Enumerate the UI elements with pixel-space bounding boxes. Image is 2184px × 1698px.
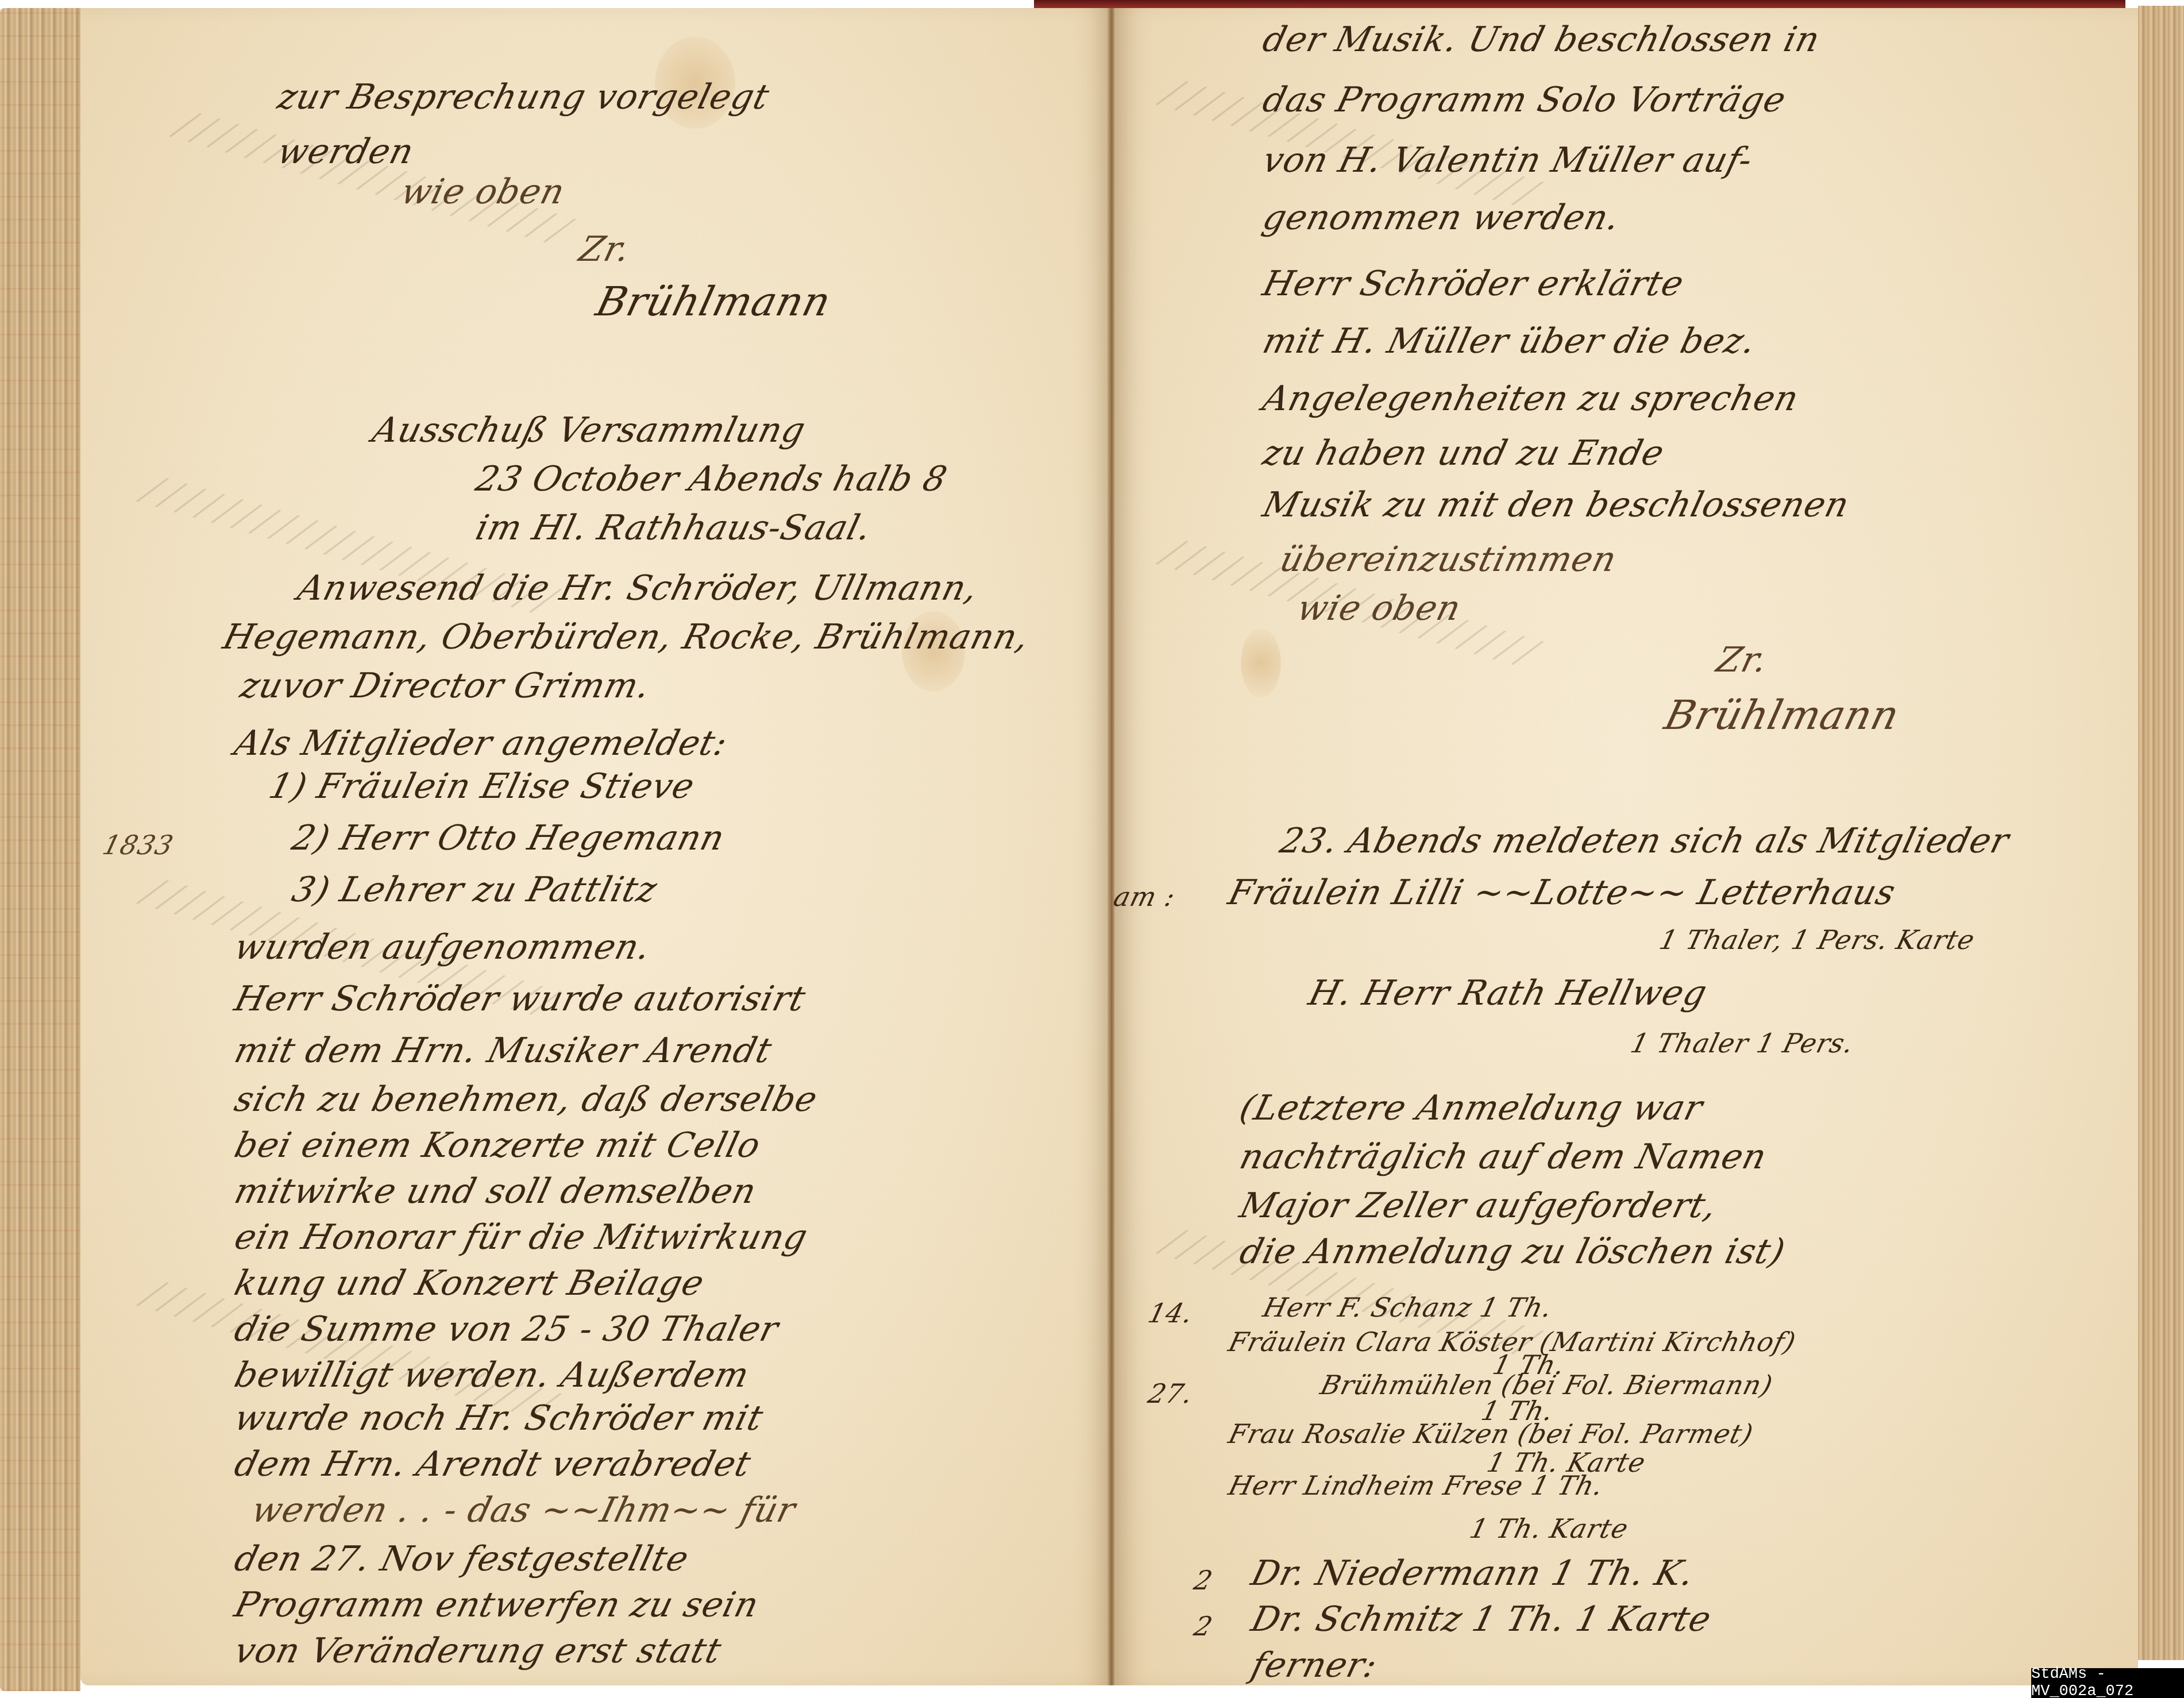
text-line: 23 October Abends halb 8 — [472, 459, 951, 499]
list-item: 2) Herr Otto Hegemann — [288, 818, 729, 858]
text-line: übereinzustimmen — [1276, 539, 1620, 580]
text-line: zu haben und zu Ende — [1259, 433, 1668, 473]
member-entry-detail: 1 Thaler, 1 Pers. Karte — [1656, 924, 1978, 955]
member-entry: Fräulein Lilli ~~Lotte~~ Letterhaus — [1224, 873, 1900, 913]
margin-note: 14. — [1145, 1298, 1197, 1329]
text-line: bewilligt werden. Außerdem — [230, 1355, 753, 1395]
text-line: wurde noch Hr. Schröder mit — [230, 1398, 767, 1438]
text-line: 23. Abends meldeten sich als Mitglieder — [1276, 821, 2013, 861]
text-line: von Veränderung erst statt — [230, 1631, 726, 1671]
text-line: die Anmeldung zu löschen ist) — [1236, 1232, 1789, 1272]
text-line: das Programm Solo Vorträge — [1259, 80, 1790, 120]
text-line: ein Honorar für die Mitwirkung — [230, 1217, 812, 1257]
text-line: Programm entwerfen zu sein — [230, 1585, 763, 1625]
text-line: Musik zu mit den beschlossenen — [1259, 485, 1853, 525]
text-line: werden . . - das ~~Ihm~~ für — [248, 1490, 800, 1530]
text-line: wie oben — [397, 172, 569, 212]
text-line: wie oben — [1293, 588, 1465, 628]
member-entry: Herr F. Schanz 1 Th. — [1260, 1292, 1556, 1323]
left-page-stack-edge — [0, 8, 80, 1691]
text-line: zuvor Director Grimm. — [236, 666, 654, 706]
text-line: Als Mitglieder angemeldet: — [230, 723, 732, 763]
list-item: 3) Lehrer zu Pattlitz — [288, 870, 661, 910]
member-entry-detail: 1 Th. Karte — [1467, 1513, 1631, 1544]
text-line: von H. Valentin Müller auf- — [1259, 140, 1757, 180]
signature: Brühlmann — [1660, 692, 1904, 739]
member-entry: Dr. Niedermann 1 Th. K. — [1247, 1553, 1699, 1593]
text-line: Herr Schröder wurde autorisirt — [230, 979, 810, 1019]
left-page: / / / / / / / / / / / / / / / / / / / / … — [80, 8, 1112, 1685]
text-line: der Musik. Und beschlossen in — [1259, 20, 1824, 60]
margin-note: 27. — [1145, 1378, 1197, 1409]
open-manuscript-book: / / / / / / / / / / / / / / / / / / / / … — [0, 0, 2184, 1698]
text-line: kung und Konzert Beilage — [230, 1263, 708, 1303]
member-entry: Dr. Schmitz 1 Th. 1 Karte — [1247, 1599, 1715, 1639]
archive-reference-caption: StdAMs - MV_002a_072 — [2031, 1668, 2184, 1698]
text-line: Hegemann, Oberbürden, Rocke, Brühlmann, — [219, 617, 1033, 657]
text-line: (Letztere Anmeldung war — [1236, 1088, 1707, 1128]
text-line: nachträglich auf dem Namen — [1236, 1137, 1771, 1177]
text-line: wurden aufgenommen. — [230, 927, 655, 967]
signature: Brühlmann — [592, 278, 836, 325]
text-line: die Summe von 25 - 30 Thaler — [230, 1309, 782, 1349]
text-line: im Hl. Rathhaus-Saal. — [472, 508, 875, 548]
text-line: Zr. — [575, 229, 634, 269]
text-line: den 27. Nov festgestellte — [230, 1539, 693, 1579]
text-line: mitwirke und soll demselben — [230, 1171, 761, 1211]
margin-note: 2 — [1191, 1565, 1216, 1596]
member-entry: Herr Lindheim Frese 1 Th. — [1225, 1470, 1607, 1501]
margin-note: 1833 — [99, 829, 177, 860]
member-entry: Frau Rosalie Külzen (bei Fol. Parmet) — [1225, 1418, 1757, 1449]
member-entry-detail: 1 Thaler 1 Pers. — [1627, 1028, 1857, 1059]
text-line: werden — [273, 132, 418, 172]
text-line: Zr. — [1712, 640, 1772, 680]
text-line: Major Zeller aufgefordert, — [1236, 1186, 1721, 1226]
text-line: sich zu benehmen, daß derselbe — [230, 1079, 821, 1120]
list-item: 1) Fräulein Elise Stieve — [265, 766, 699, 806]
text-line: mit H. Müller über die bez. — [1259, 321, 1760, 361]
section-heading: Ausschuß Versammlung — [368, 410, 809, 450]
text-line: Anwesend die Hr. Schröder, Ullmann, — [294, 568, 982, 608]
text-line: ferner: — [1247, 1645, 1382, 1685]
paper-stain — [1241, 628, 1281, 697]
text-line: genommen werden. — [1259, 198, 1624, 238]
margin-note: am : — [1110, 881, 1179, 912]
text-line: Angelegenheiten zu sprechen — [1259, 379, 1803, 419]
right-page-stack-edge — [2138, 6, 2184, 1660]
text-line: Herr Schröder erklärte — [1259, 264, 1688, 304]
member-entry: H. Herr Rath Hellweg — [1305, 973, 1711, 1013]
margin-note: 2 — [1191, 1611, 1216, 1642]
text-line: bei einem Konzerte mit Cello — [230, 1125, 765, 1166]
right-page: / / / / / / / / / / / / / / / / / / / / … — [1114, 8, 2138, 1685]
text-line: mit dem Hrn. Musiker Arendt — [230, 1031, 776, 1071]
text-line: dem Hrn. Arendt verabredet — [230, 1444, 755, 1484]
text-line: zur Besprechung vorgelegt — [273, 77, 773, 117]
